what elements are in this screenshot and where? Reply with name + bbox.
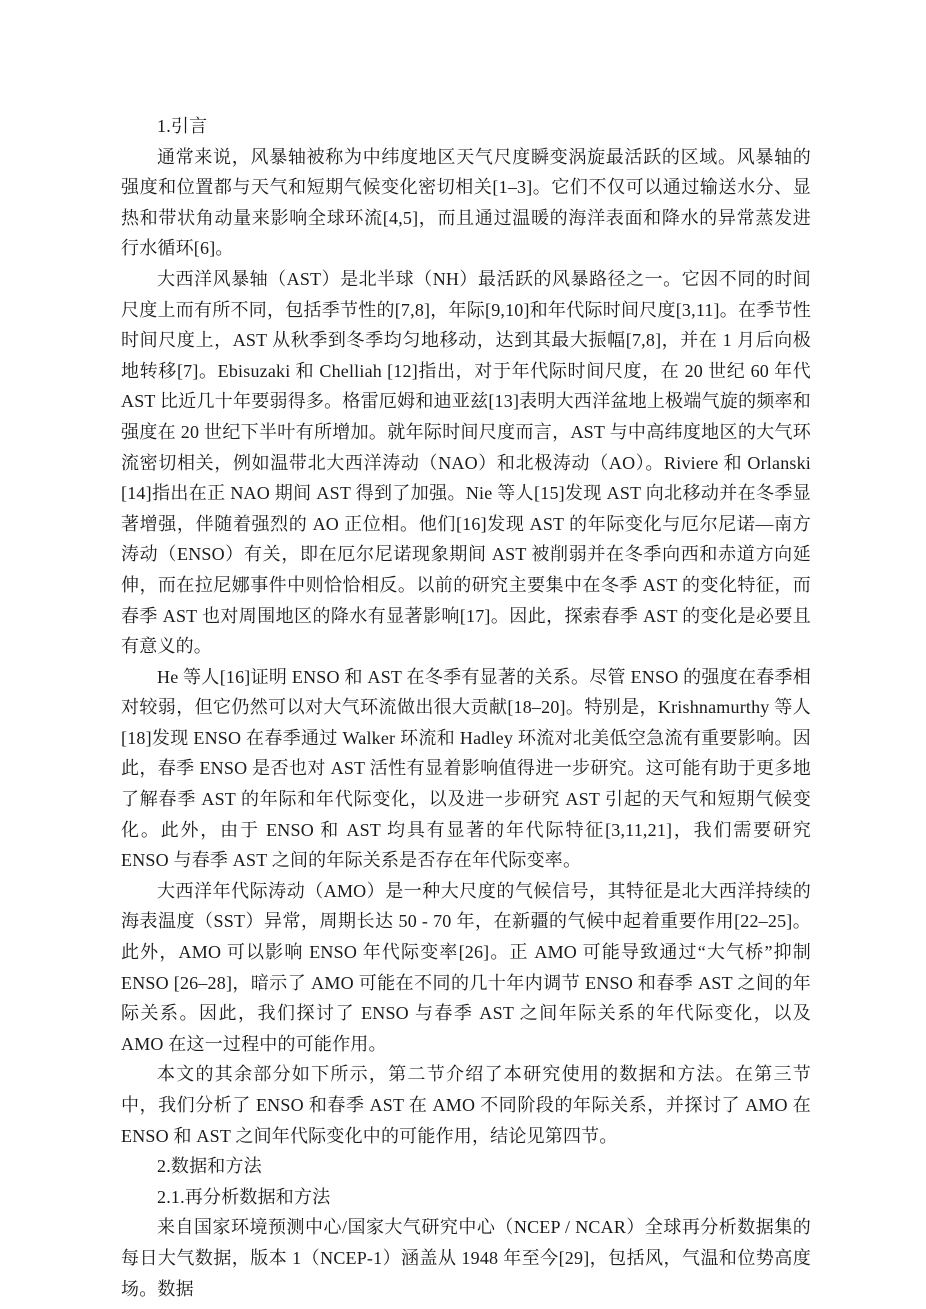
- section-heading: 1.引言: [121, 111, 811, 142]
- section-heading: 2.数据和方法: [121, 1151, 811, 1182]
- section-heading: 2.1.再分析数据和方法: [121, 1182, 811, 1213]
- body-paragraph: 大西洋风暴轴（AST）是北半球（NH）最活跃的风暴路径之一。它因不同的时间尺度上…: [121, 264, 811, 662]
- body-paragraph: 大西洋年代际涛动（AMO）是一种大尺度的气候信号，其特征是北大西洋持续的海表温度…: [121, 876, 811, 1060]
- body-paragraph: He 等人[16]证明 ENSO 和 AST 在冬季有显著的关系。尽管 ENSO…: [121, 662, 811, 876]
- body-paragraph: 本文的其余部分如下所示，第二节介绍了本研究使用的数据和方法。在第三节中，我们分析…: [121, 1059, 811, 1151]
- document-body: 1.引言通常来说，风暴轴被称为中纬度地区天气尺度瞬变涡旋最活跃的区域。风暴轴的强…: [121, 111, 811, 1304]
- body-paragraph: 来自国家环境预测中心/国家大气研究中心（NCEP / NCAR）全球再分析数据集…: [121, 1212, 811, 1304]
- body-paragraph: 通常来说，风暴轴被称为中纬度地区天气尺度瞬变涡旋最活跃的区域。风暴轴的强度和位置…: [121, 142, 811, 264]
- document-page: 1.引言通常来说，风暴轴被称为中纬度地区天气尺度瞬变涡旋最活跃的区域。风暴轴的强…: [0, 0, 926, 1309]
